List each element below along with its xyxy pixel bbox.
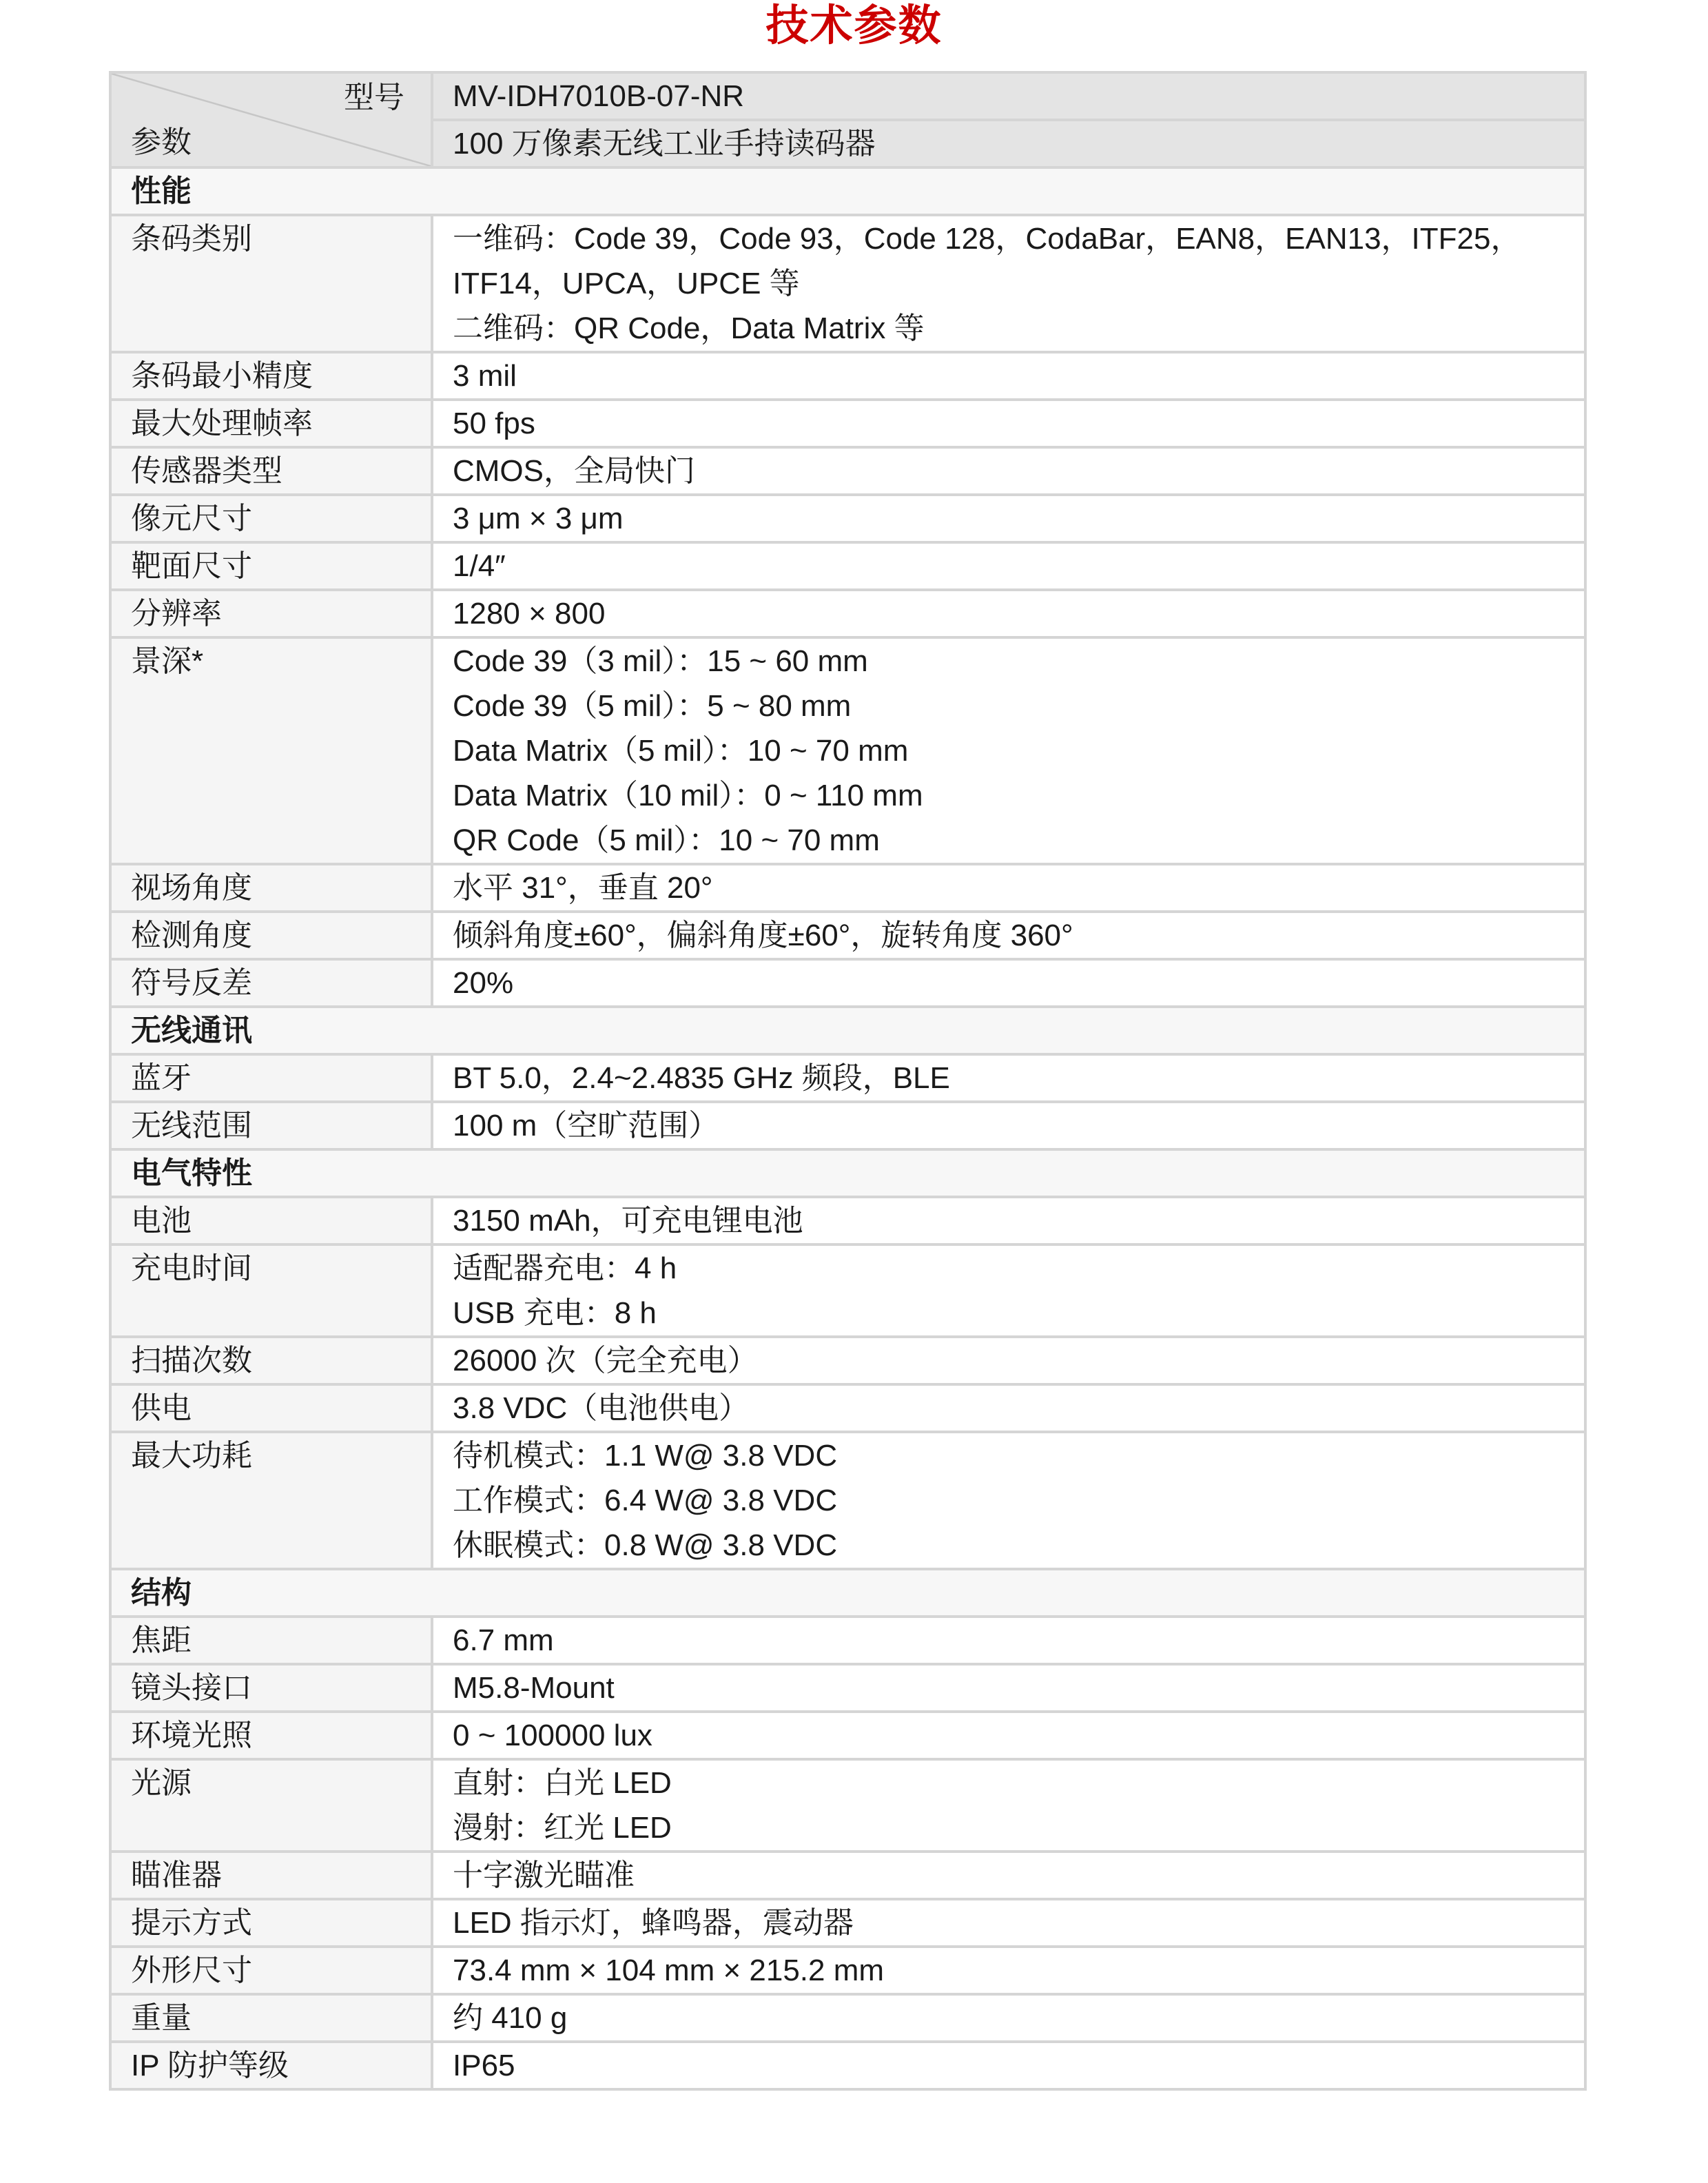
spec-label: IP 防护等级 [110,2042,432,2089]
section-title: 电气特性 [110,1149,1585,1197]
spec-label: 提示方式 [110,1899,432,1947]
spec-value: 约 410 g [432,1994,1585,2042]
spec-label: 外形尺寸 [110,1947,432,1994]
spec-value: 26000 次（完全充电） [432,1337,1585,1384]
section-title: 性能 [110,167,1585,215]
spec-value-line: 约 410 g [453,1996,1570,2040]
spec-value: 73.4 mm × 104 mm × 215.2 mm [432,1947,1585,1994]
page-title: 技术参数 [0,0,1708,52]
spec-label: 符号反差 [110,959,432,1007]
spec-label: 视场角度 [110,864,432,912]
spec-value: 3 μm × 3 μm [432,495,1585,542]
spec-row: 条码类别一维码：Code 39，Code 93，Code 128，CodaBar… [110,215,1585,352]
spec-label: 蓝牙 [110,1054,432,1102]
section-title: 无线通讯 [110,1007,1585,1054]
spec-row: 充电时间适配器充电：4 hUSB 充电：8 h [110,1244,1585,1337]
section-row: 无线通讯 [110,1007,1585,1054]
spec-row: 无线范围100 m（空旷范围） [110,1102,1585,1149]
spec-value-line: 休眠模式：0.8 W@ 3.8 VDC [453,1523,1570,1568]
spec-row: 供电3.8 VDC（电池供电） [110,1384,1585,1432]
spec-value-line: LED 指示灯，蜂鸣器，震动器 [453,1900,1570,1945]
spec-value: M5.8-Mount [432,1664,1585,1712]
spec-row: 外形尺寸73.4 mm × 104 mm × 215.2 mm [110,1947,1585,1994]
spec-row: 最大功耗待机模式：1.1 W@ 3.8 VDC工作模式：6.4 W@ 3.8 V… [110,1432,1585,1569]
model-number: MV-IDH7010B-07-NR [432,72,1585,120]
spec-row: IP 防护等级IP65 [110,2042,1585,2089]
spec-row: 分辨率1280 × 800 [110,590,1585,637]
model-description: 100 万像素无线工业手持读码器 [432,120,1585,167]
spec-row: 瞄准器十字激光瞄准 [110,1852,1585,1899]
spec-row: 像元尺寸3 μm × 3 μm [110,495,1585,542]
spec-value-line: 73.4 mm × 104 mm × 215.2 mm [453,1948,1570,1993]
spec-value-line: 一维码：Code 39，Code 93，Code 128，CodaBar，EAN… [453,216,1570,306]
spec-value: IP65 [432,2042,1585,2089]
spec-value: 倾斜角度±60°，偏斜角度±60°，旋转角度 360° [432,912,1585,959]
spec-value-line: 6.7 mm [453,1618,1570,1663]
spec-label: 供电 [110,1384,432,1432]
spec-label: 条码类别 [110,215,432,352]
spec-value-line: 3 mil [453,353,1570,398]
spec-row: 视场角度水平 31°，垂直 20° [110,864,1585,912]
spec-value: CMOS，全局快门 [432,447,1585,495]
spec-label: 镜头接口 [110,1664,432,1712]
spec-value-line: 50 fps [453,401,1570,446]
spec-value: 十字激光瞄准 [432,1852,1585,1899]
spec-value-line: IP65 [453,2043,1570,2088]
spec-row: 景深*Code 39（3 mil）：15 ~ 60 mmCode 39（5 mi… [110,637,1585,864]
spec-label: 环境光照 [110,1712,432,1759]
spec-value-line: 十字激光瞄准 [453,1853,1570,1898]
spec-label: 扫描次数 [110,1337,432,1384]
header-corner-cell: 型号 参数 [110,72,432,167]
spec-row: 提示方式LED 指示灯，蜂鸣器，震动器 [110,1899,1585,1947]
spec-value: 直射：白光 LED漫射：红光 LED [432,1759,1585,1852]
spec-value-line: 1280 × 800 [453,591,1570,636]
spec-value: BT 5.0，2.4~2.4835 GHz 频段，BLE [432,1054,1585,1102]
spec-label: 靶面尺寸 [110,542,432,590]
spec-value-line: 3.8 VDC（电池供电） [453,1386,1570,1431]
spec-value: 3150 mAh，可充电锂电池 [432,1197,1585,1244]
spec-label: 传感器类型 [110,447,432,495]
spec-value-line: 1/4″ [453,544,1570,588]
spec-label: 焦距 [110,1617,432,1664]
spec-value-line: 26000 次（完全充电） [453,1338,1570,1383]
spec-label: 最大功耗 [110,1432,432,1569]
spec-value: 20% [432,959,1585,1007]
spec-value-line: Data Matrix（10 mil）：0 ~ 110 mm [453,773,1570,818]
spec-value: LED 指示灯，蜂鸣器，震动器 [432,1899,1585,1947]
section-title: 结构 [110,1569,1585,1617]
spec-row: 环境光照0 ~ 100000 lux [110,1712,1585,1759]
spec-value-line: 100 m（空旷范围） [453,1103,1570,1148]
spec-label: 像元尺寸 [110,495,432,542]
spec-row: 蓝牙BT 5.0，2.4~2.4835 GHz 频段，BLE [110,1054,1585,1102]
spec-label: 光源 [110,1759,432,1852]
spec-row: 扫描次数26000 次（完全充电） [110,1337,1585,1384]
spec-label: 最大处理帧率 [110,400,432,447]
spec-label: 检测角度 [110,912,432,959]
header-row-model: 型号 参数 MV-IDH7010B-07-NR [110,72,1585,120]
spec-row: 重量约 410 g [110,1994,1585,2042]
spec-value: Code 39（3 mil）：15 ~ 60 mmCode 39（5 mil）：… [432,637,1585,864]
spec-value-line: 工作模式：6.4 W@ 3.8 VDC [453,1478,1570,1523]
spec-value-line: Data Matrix（5 mil）：10 ~ 70 mm [453,728,1570,773]
spec-value: 水平 31°，垂直 20° [432,864,1585,912]
header-corner-model-label: 型号 [344,75,404,120]
spec-label: 条码最小精度 [110,352,432,400]
spec-value: 6.7 mm [432,1617,1585,1664]
spec-row: 光源直射：白光 LED漫射：红光 LED [110,1759,1585,1852]
spec-value-line: USB 充电：8 h [453,1291,1570,1335]
spec-value-line: 3 μm × 3 μm [453,496,1570,541]
header-corner-param-label: 参数 [131,120,192,165]
spec-row: 镜头接口M5.8-Mount [110,1664,1585,1712]
spec-sheet-page: 技术参数 型号 参数 MV-IDH7010B-07-NR 100 万像素无线工业… [0,0,1708,2183]
spec-label: 电池 [110,1197,432,1244]
spec-label: 景深* [110,637,432,864]
spec-value-line: 漫射：红光 LED [453,1805,1570,1850]
spec-row: 传感器类型CMOS，全局快门 [110,447,1585,495]
spec-value: 1280 × 800 [432,590,1585,637]
spec-value: 待机模式：1.1 W@ 3.8 VDC工作模式：6.4 W@ 3.8 VDC休眠… [432,1432,1585,1569]
spec-row: 焦距6.7 mm [110,1617,1585,1664]
spec-value-line: 20% [453,961,1570,1005]
spec-value: 3.8 VDC（电池供电） [432,1384,1585,1432]
spec-value-line: 适配器充电：4 h [453,1246,1570,1291]
spec-value-line: 直射：白光 LED [453,1761,1570,1805]
section-row: 电气特性 [110,1149,1585,1197]
section-row: 性能 [110,167,1585,215]
spec-value-line: 水平 31°，垂直 20° [453,865,1570,910]
spec-row: 靶面尺寸1/4″ [110,542,1585,590]
spec-row: 符号反差20% [110,959,1585,1007]
spec-table: 型号 参数 MV-IDH7010B-07-NR 100 万像素无线工业手持读码器… [109,71,1587,2091]
spec-row: 检测角度倾斜角度±60°，偏斜角度±60°，旋转角度 360° [110,912,1585,959]
spec-value-line: 待机模式：1.1 W@ 3.8 VDC [453,1433,1570,1478]
spec-value: 1/4″ [432,542,1585,590]
spec-label: 无线范围 [110,1102,432,1149]
spec-value-line: QR Code（5 mil）：10 ~ 70 mm [453,818,1570,863]
spec-value: 一维码：Code 39，Code 93，Code 128，CodaBar，EAN… [432,215,1585,352]
spec-label: 重量 [110,1994,432,2042]
spec-label: 瞄准器 [110,1852,432,1899]
spec-value-line: M5.8-Mount [453,1666,1570,1710]
spec-value: 0 ~ 100000 lux [432,1712,1585,1759]
spec-row: 电池3150 mAh，可充电锂电池 [110,1197,1585,1244]
spec-value-line: 倾斜角度±60°，偏斜角度±60°，旋转角度 360° [453,913,1570,958]
spec-value-line: Code 39（5 mil）：5 ~ 80 mm [453,684,1570,728]
spec-value-line: 3150 mAh，可充电锂电池 [453,1198,1570,1243]
spec-label: 充电时间 [110,1244,432,1337]
spec-value-line: CMOS，全局快门 [453,449,1570,493]
spec-row: 条码最小精度3 mil [110,352,1585,400]
section-row: 结构 [110,1569,1585,1617]
spec-value: 100 m（空旷范围） [432,1102,1585,1149]
spec-value: 50 fps [432,400,1585,447]
spec-value-line: 二维码：QR Code，Data Matrix 等 [453,306,1570,351]
spec-value-line: Code 39（3 mil）：15 ~ 60 mm [453,639,1570,684]
spec-label: 分辨率 [110,590,432,637]
spec-value-line: BT 5.0，2.4~2.4835 GHz 频段，BLE [453,1056,1570,1100]
spec-value: 3 mil [432,352,1585,400]
spec-value: 适配器充电：4 hUSB 充电：8 h [432,1244,1585,1337]
spec-value-line: 0 ~ 100000 lux [453,1713,1570,1758]
spec-row: 最大处理帧率50 fps [110,400,1585,447]
